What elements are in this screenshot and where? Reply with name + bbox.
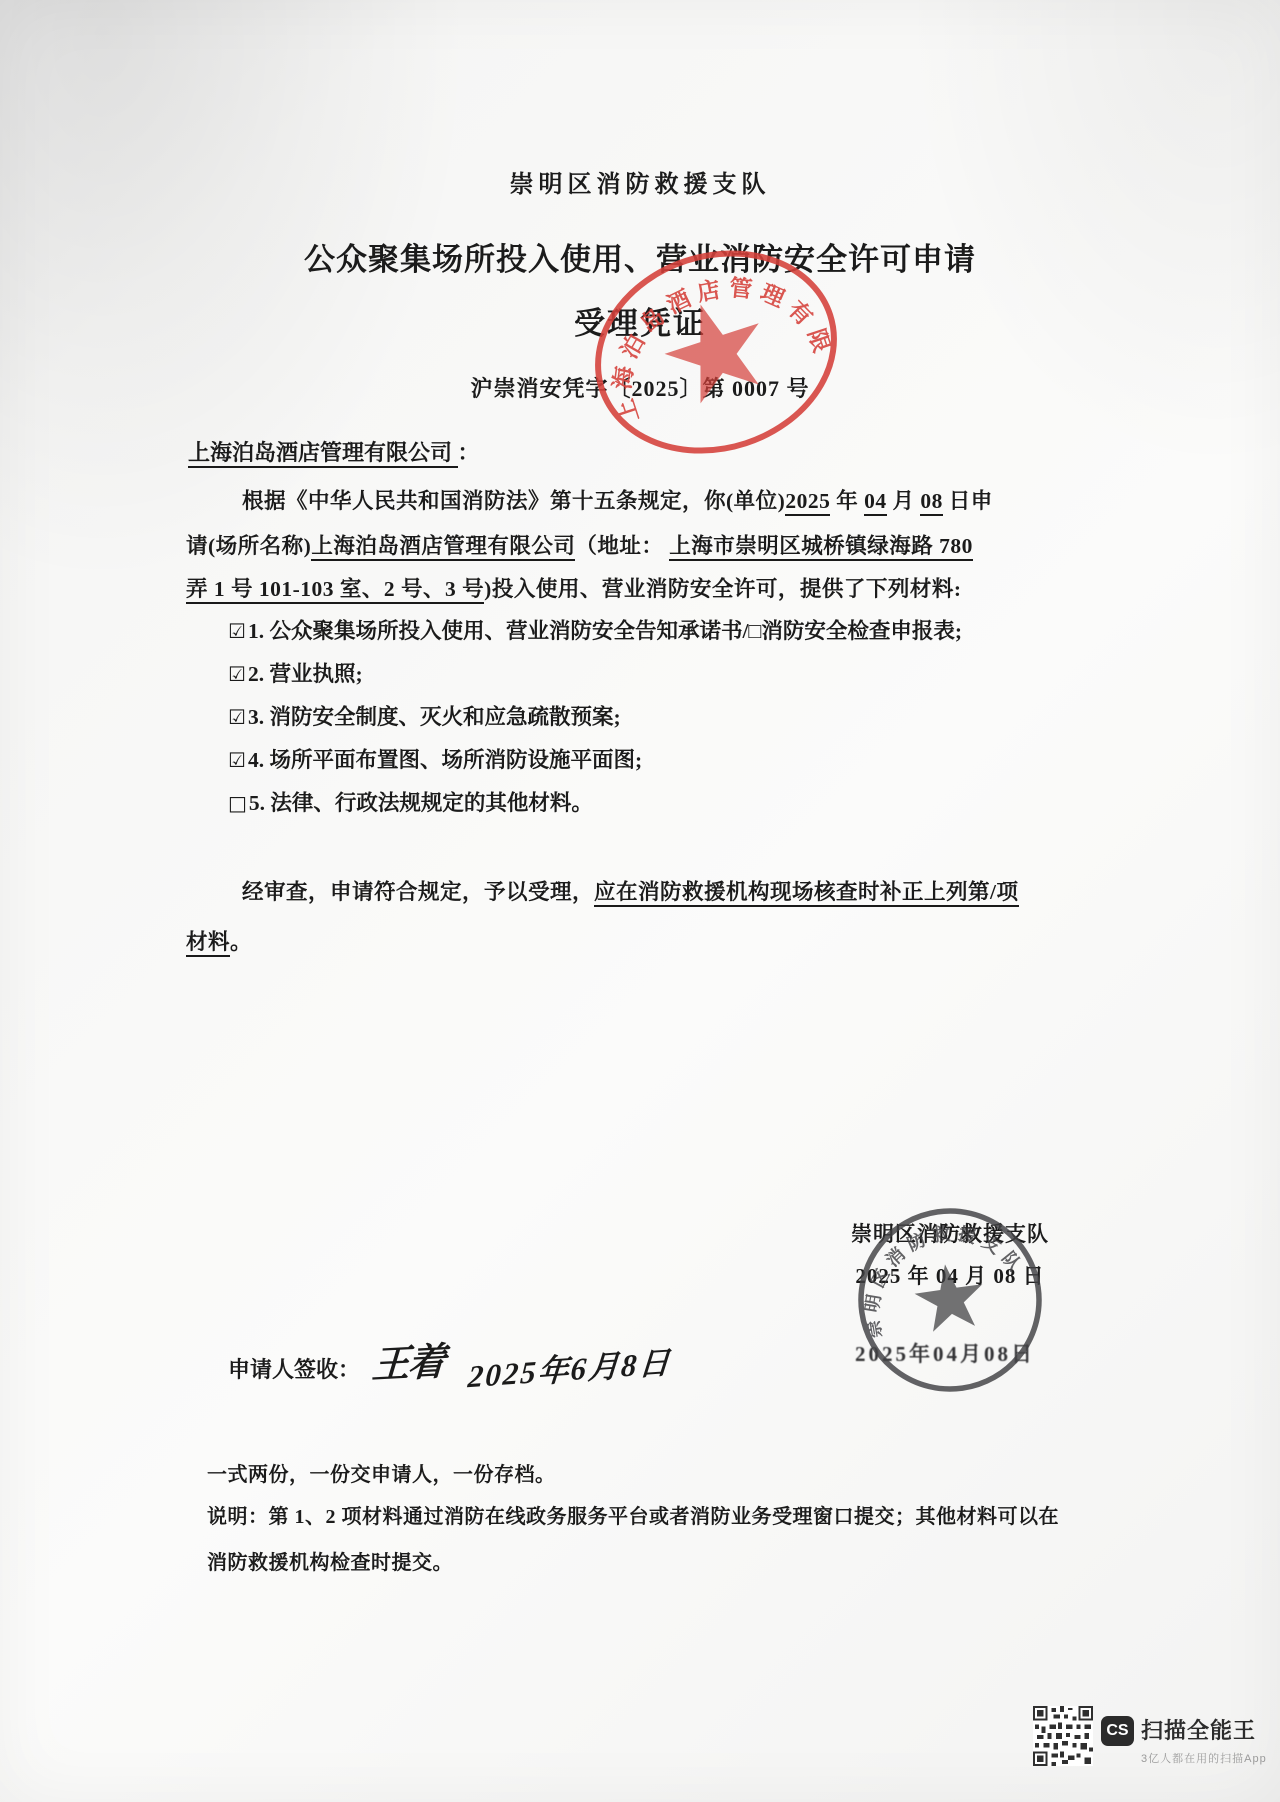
note-instructions-line2: 消防救援机构检查时提交。	[207, 1546, 453, 1575]
body-paragraph-line2: 请(场所名称)上海泊岛酒店管理有限公司（地址： 上海市崇明区城桥镇绿海路 780	[186, 529, 1022, 560]
body-paragraph-line1: 根据《中华人民共和国消防法》第十五条规定，你(单位)2025 年 04 月 08…	[186, 484, 1078, 515]
body-text: 年	[830, 489, 864, 513]
checklist-item: ☑3. 消防安全制度、灭火和应急疏散预案;	[228, 700, 962, 743]
star-icon	[911, 1260, 988, 1334]
note-copies: 一式两份，一份交申请人，一份存档。	[207, 1458, 556, 1487]
filled-address-part2: 弄 1 号 101-103 室、2 号、3 号	[186, 577, 484, 604]
filled-address-part1: 上海市崇明区城桥镇绿海路 780	[669, 534, 973, 561]
filled-year: 2025	[785, 489, 830, 516]
body-text: 日申	[943, 489, 993, 513]
decision-paragraph-line1: 经审查，申请符合规定，予以受理，应在消防救援机构现场核查时补正上列第/项	[186, 875, 1078, 906]
checklist-item-text: 3. 消防安全制度、灭火和应急疏散预案;	[248, 705, 621, 729]
checklist-item: ☑1. 公众聚集场所投入使用、营业消防安全告知承诺书/□消防安全检查申报表;	[228, 614, 962, 657]
materials-checklist: ☑1. 公众聚集场所投入使用、营业消防安全告知承诺书/□消防安全检查申报表; ☑…	[228, 614, 962, 829]
body-text: )投入使用、营业消防安全许可，提供了下列材料:	[484, 577, 961, 601]
handwritten-signature: 王着	[371, 1330, 446, 1389]
checklist-item-text: 1. 公众聚集场所投入使用、营业消防安全告知承诺书/□消防安全检查申报表;	[248, 619, 962, 643]
checklist-item: ☑4. 场所平面布置图、场所消防设施平面图;	[228, 743, 962, 786]
body-text: （地址：	[575, 534, 669, 558]
addressee-colon: ：	[458, 440, 480, 465]
body-paragraph-line3: 弄 1 号 101-103 室、2 号、3 号)投入使用、营业消防安全许可，提供…	[186, 572, 1022, 603]
checkbox-checked-icon: ☑	[228, 748, 246, 772]
filled-month: 04	[864, 489, 887, 516]
scanner-app-tagline: 3亿人都在用的扫描App	[1141, 1750, 1267, 1766]
checklist-item: ☑2. 营业执照;	[228, 657, 962, 700]
checklist-item-text: 4. 场所平面布置图、场所消防设施平面图;	[248, 748, 642, 772]
scanner-app-name: 扫描全能王	[1141, 1714, 1256, 1745]
decision-paragraph-line2: 材料。	[186, 925, 1022, 956]
company-seal-stamp: 上海泊岛酒店管理有限公司	[588, 248, 844, 456]
handwritten-sign-date: 2025年6月8日	[467, 1337, 674, 1397]
camscanner-logo: CS	[1101, 1716, 1134, 1746]
body-text: 根据《中华人民共和国消防法》第十五条规定，你(单位)	[242, 489, 785, 513]
applicant-sign-label: 申请人签收：	[228, 1353, 360, 1384]
decision-underlined-text: 材料	[186, 930, 230, 957]
filled-day: 08	[920, 489, 943, 516]
scanned-document-page: 崇明区消防救援支队 公众聚集场所投入使用、营业消防安全许可申请 受理凭证 沪崇消…	[0, 0, 1280, 1802]
qr-code	[1033, 1706, 1093, 1766]
checkbox-empty-icon: □	[228, 791, 247, 815]
issuing-org-header: 崇明区消防救援支队	[0, 164, 1280, 199]
issuer-seal-stamp: 崇明区消防救援支队	[853, 1203, 1048, 1398]
addressee-line: 上海泊岛酒店管理有限公司 ：	[188, 436, 480, 467]
filled-venue-name: 上海泊岛酒店管理有限公司	[311, 534, 575, 561]
checkbox-checked-icon: ☑	[228, 662, 246, 686]
checklist-item-text: 5. 法律、行政法规规定的其他材料。	[249, 791, 593, 815]
addressee-name: 上海泊岛酒店管理有限公司	[188, 440, 458, 468]
body-text: 月	[887, 489, 921, 513]
decision-text: 。	[230, 930, 252, 954]
decision-underlined-text: 应在消防救援机构现场核查时补正上列第/项	[594, 880, 1018, 907]
checkbox-checked-icon: ☑	[228, 705, 246, 729]
note-instructions-line1: 说明：第 1、2 项材料通过消防在线政务服务平台或者消防业务受理窗口提交；其他材…	[207, 1500, 1059, 1529]
checklist-item: □5. 法律、行政法规规定的其他材料。	[228, 786, 962, 829]
decision-text: 经审查，申请符合规定，予以受理，	[242, 880, 594, 904]
body-text: 请(场所名称)	[186, 534, 311, 558]
checkbox-checked-icon: ☑	[228, 619, 246, 643]
checklist-item-text: 2. 营业执照;	[248, 662, 363, 686]
